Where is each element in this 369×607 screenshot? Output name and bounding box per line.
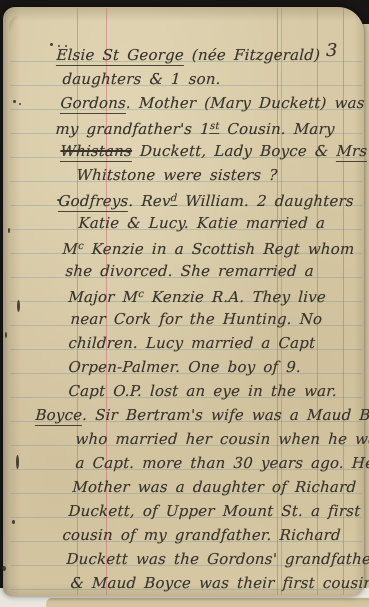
text-segment: Capt O.P. lost an eye in the war. — [68, 382, 337, 400]
manuscript-line: who married her cousin when he was — [75, 430, 369, 448]
text-segment: Duckett, Lady Boyce & — [132, 142, 337, 160]
text-segment: M — [62, 240, 79, 258]
text-segment: Orpen-Palmer. One boy of 9. — [68, 358, 301, 376]
text-segment: Whitstone were sisters ? — [76, 166, 278, 184]
text-segment: . Sir Bertram's wife was a Maud Boyce — [82, 406, 369, 424]
text-segment: Elsie St George — [56, 46, 185, 66]
manuscript-line: Whistans Duckett, Lady Boyce & Mrs — [60, 142, 368, 160]
text-segment: my grandfather's 1 — [55, 120, 210, 138]
text-segment: . Rev — [128, 192, 171, 210]
ink-speck — [5, 332, 7, 338]
ink-speck — [16, 455, 19, 469]
manuscript-line: Katie & Lucy. Katie married a — [78, 214, 326, 232]
ink-speck — [13, 100, 16, 103]
text-segment: Gordons — [60, 94, 127, 114]
text-segment: (née Fitzgerald) — [184, 46, 321, 64]
manuscript-line: Mother was a daughter of Richard — [72, 478, 357, 496]
ink-speck — [58, 45, 60, 47]
text-segment: Mother was a daughter of Richard — [72, 478, 357, 496]
text-segment: Whistans — [60, 142, 133, 162]
manuscript-line: Capt O.P. lost an eye in the war. — [68, 382, 337, 400]
ink-speck — [50, 43, 53, 46]
manuscript-line: Mc Kenzie in a Scottish Regt whom — [62, 238, 355, 258]
manuscript-line: near Cork for the Hunting. No — [70, 310, 323, 328]
text-segment: Kenzie in a Scottish Regt whom — [83, 240, 355, 258]
ink-speck — [19, 103, 21, 105]
text-segment: she divorced. She remarried a — [65, 262, 314, 280]
manuscript-line: children. Lucy married a Capt — [68, 334, 316, 352]
manuscript-line: Duckett was the Gordons' grandfather — [66, 550, 369, 568]
ink-speck — [57, 199, 60, 201]
manuscript-line: Godfreys. Revd William. 2 daughters — [58, 190, 354, 210]
text-segment: Cousin. Mary — [219, 120, 335, 138]
text-segment: . Mother (Mary Duckett) was — [126, 94, 366, 112]
text-segment: Major M — [68, 288, 139, 306]
text-segment: Boyce — [35, 406, 83, 426]
text-segment: Duckett was the Gordons' grandfather — [66, 550, 369, 568]
text-segment: near Cork for the Hunting. No — [70, 310, 323, 328]
manuscript-line: a Capt. more than 30 years ago. Her — [75, 454, 369, 472]
text-segment: cousin of my grandfather. Richard — [62, 526, 341, 544]
ink-speck — [8, 228, 10, 233]
text-segment: William. 2 daughters — [177, 192, 355, 210]
manuscript-line: cousin of my grandfather. Richard — [62, 526, 341, 544]
ink-speck — [17, 300, 20, 312]
manuscript-line: my grandfather's 1st Cousin. Mary — [55, 118, 335, 138]
page-number: 3 — [326, 40, 337, 61]
manuscript-line: she divorced. She remarried a — [65, 262, 314, 280]
text-segment: children. Lucy married a Capt — [68, 334, 316, 352]
manuscript-line: Orpen-Palmer. One boy of 9. — [68, 358, 301, 376]
manuscript-line: Whitstone were sisters ? — [76, 166, 278, 184]
text-segment: Godfreys — [58, 192, 129, 212]
ink-speck — [12, 520, 15, 524]
text-segment: Duckett, of Upper Mount St. a first — [68, 502, 361, 520]
text-segment: daughters & 1 son. — [62, 70, 221, 88]
manuscript-line: Duckett, of Upper Mount St. a first — [68, 502, 361, 520]
manuscript-line: daughters & 1 son. — [62, 70, 221, 88]
text-segment: Kenzie R.A. They live — [144, 288, 327, 306]
text-segment: a Capt. more than 30 years ago. Her — [75, 454, 369, 472]
manuscript-line: Boyce. Sir Bertram's wife was a Maud Boy… — [35, 406, 369, 424]
manuscript-line: & Maud Boyce was their first cousin. — [70, 574, 369, 592]
manuscript-line: Major Mc Kenzie R.A. They live — [68, 286, 327, 306]
text-segment: & Maud Boyce was their first cousin. — [70, 574, 369, 592]
manuscript-line: Gordons. Mother (Mary Duckett) was — [60, 94, 365, 112]
ink-speck — [2, 566, 6, 571]
manuscript-line: Elsie St George (née Fitzgerald) — [56, 46, 321, 64]
text-segment: Katie & Lucy. Katie married a — [78, 214, 326, 232]
photo-of-notebook-page: Elsie St George (née Fitzgerald)daughter… — [0, 0, 369, 607]
manuscript-lines: Elsie St George (née Fitzgerald)daughter… — [0, 0, 369, 607]
text-segment: Mrs — [336, 142, 368, 162]
text-segment: who married her cousin when he was — [75, 430, 369, 448]
ink-speck — [66, 203, 68, 205]
ink-speck — [65, 45, 67, 47]
